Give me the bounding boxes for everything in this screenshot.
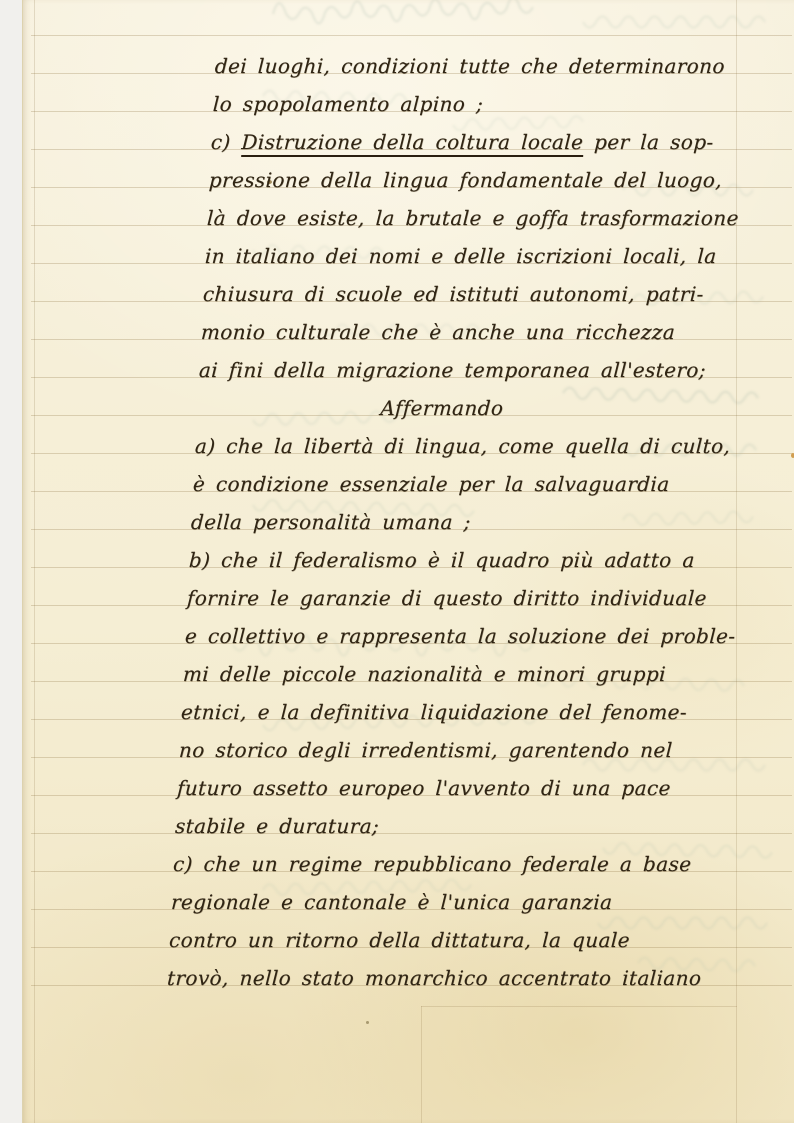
text-line: contro un ritorno della dittatura, la qu… [168,921,730,959]
text-line: chiusura di scuole ed istituti autonomi,… [202,275,764,313]
text-line: trovò, nello stato monarchico accentrato… [166,959,728,997]
line-text: futuro assetto europeo l'avvento di una … [176,776,671,800]
text-line: monio culturale che è anche una ricchezz… [200,313,762,351]
line-text: a) che la libertà di lingua, come quella… [194,434,731,458]
text-line: là dove esiste, la brutale e goffa trasf… [206,199,768,237]
line-text: per la sop- [583,130,715,154]
line-text: mi delle piccole nazionalità e minori gr… [182,662,666,686]
line-text: dei luoghi, condizioni tutte che determi… [214,54,725,78]
underlined-phrase: Distruzione della coltura locale [241,130,584,157]
manuscript-text: dei luoghi, condizioni tutte che determi… [166,47,776,997]
line-text: pressione della lingua fondamentale del … [208,168,722,192]
line-text: lo spopolamento alpino ; [212,92,484,116]
line-text: b) che il federalismo è il quadro più ad… [188,548,695,572]
manuscript-paper: dei luoghi, condizioni tutte che determi… [22,0,794,1123]
line-text: contro un ritorno della dittatura, la qu… [168,928,630,952]
line-text: e collettivo e rappresenta la soluzione … [184,624,736,648]
line-text: della personalità umana ; [190,510,471,534]
text-line: pressione della lingua fondamentale del … [208,161,770,199]
text-line: e collettivo e rappresenta la soluzione … [184,617,746,655]
text-line: a) che la libertà di lingua, come quella… [194,427,756,465]
text-line: lo spopolamento alpino ; [212,85,774,123]
text-line: no storico degli irredentismi, garentend… [178,731,740,769]
line-text: monio culturale che è anche una ricchezz… [200,320,675,344]
line-text: chiusura di scuole ed istituti autonomi,… [202,282,704,306]
text-line: in italiano dei nomi e delle iscrizioni … [204,237,766,275]
text-line: della personalità umana ; [190,503,752,541]
text-line: etnici, e la definitiva liquidazione del… [180,693,742,731]
line-text: ai fini della migrazione temporanea all'… [198,358,706,382]
line-text: no storico degli irredentismi, garentend… [178,738,673,762]
text-line: stabile e duratura; [174,807,736,845]
bleedthrough-stroke [583,17,765,28]
line-text: c) [210,130,242,154]
left-fold-line [34,0,35,1123]
line-text: Affermando [380,396,504,420]
text-line: è condizione essenziale per la salvaguar… [192,465,754,503]
text-line: mi delle piccole nazionalità e minori gr… [182,655,744,693]
text-line: ai fini della migrazione temporanea all'… [198,351,760,389]
text-line: dei luoghi, condizioni tutte che determi… [214,47,776,85]
scanned-page: dei luoghi, condizioni tutte che determi… [0,0,794,1123]
line-text: è condizione essenziale per la salvaguar… [192,472,670,496]
heading-line: Affermando [196,389,758,427]
line-text: etnici, e la definitiva liquidazione del… [180,700,687,724]
line-text: in italiano dei nomi e delle iscrizioni … [204,244,717,268]
text-line: c) che un regime repubblicano federale a… [172,845,734,883]
text-line: b) che il federalismo è il quadro più ad… [188,541,750,579]
line-text: trovò, nello stato monarchico accentrato… [166,966,702,990]
bleedthrough-stroke [273,0,533,24]
text-line: fornire le garanzie di questo diritto in… [186,579,748,617]
line-text: stabile e duratura; [174,814,379,838]
text-line: futuro assetto europeo l'avvento di una … [176,769,738,807]
line-text: là dove esiste, la brutale e goffa trasf… [206,206,739,230]
line-text: fornire le garanzie di questo diritto in… [186,586,707,610]
line-text: c) che un regime repubblicano federale a… [172,852,692,876]
line-text: regionale e cantonale è l'unica garanzia [170,890,613,914]
text-line: c) Distruzione della coltura locale per … [210,123,772,161]
text-line: regionale e cantonale è l'unica garanzia [170,883,732,921]
bottom-fold-crease-vertical [421,1006,422,1123]
ink-speck [366,1021,369,1024]
bottom-fold-crease-horizontal [421,1006,737,1007]
